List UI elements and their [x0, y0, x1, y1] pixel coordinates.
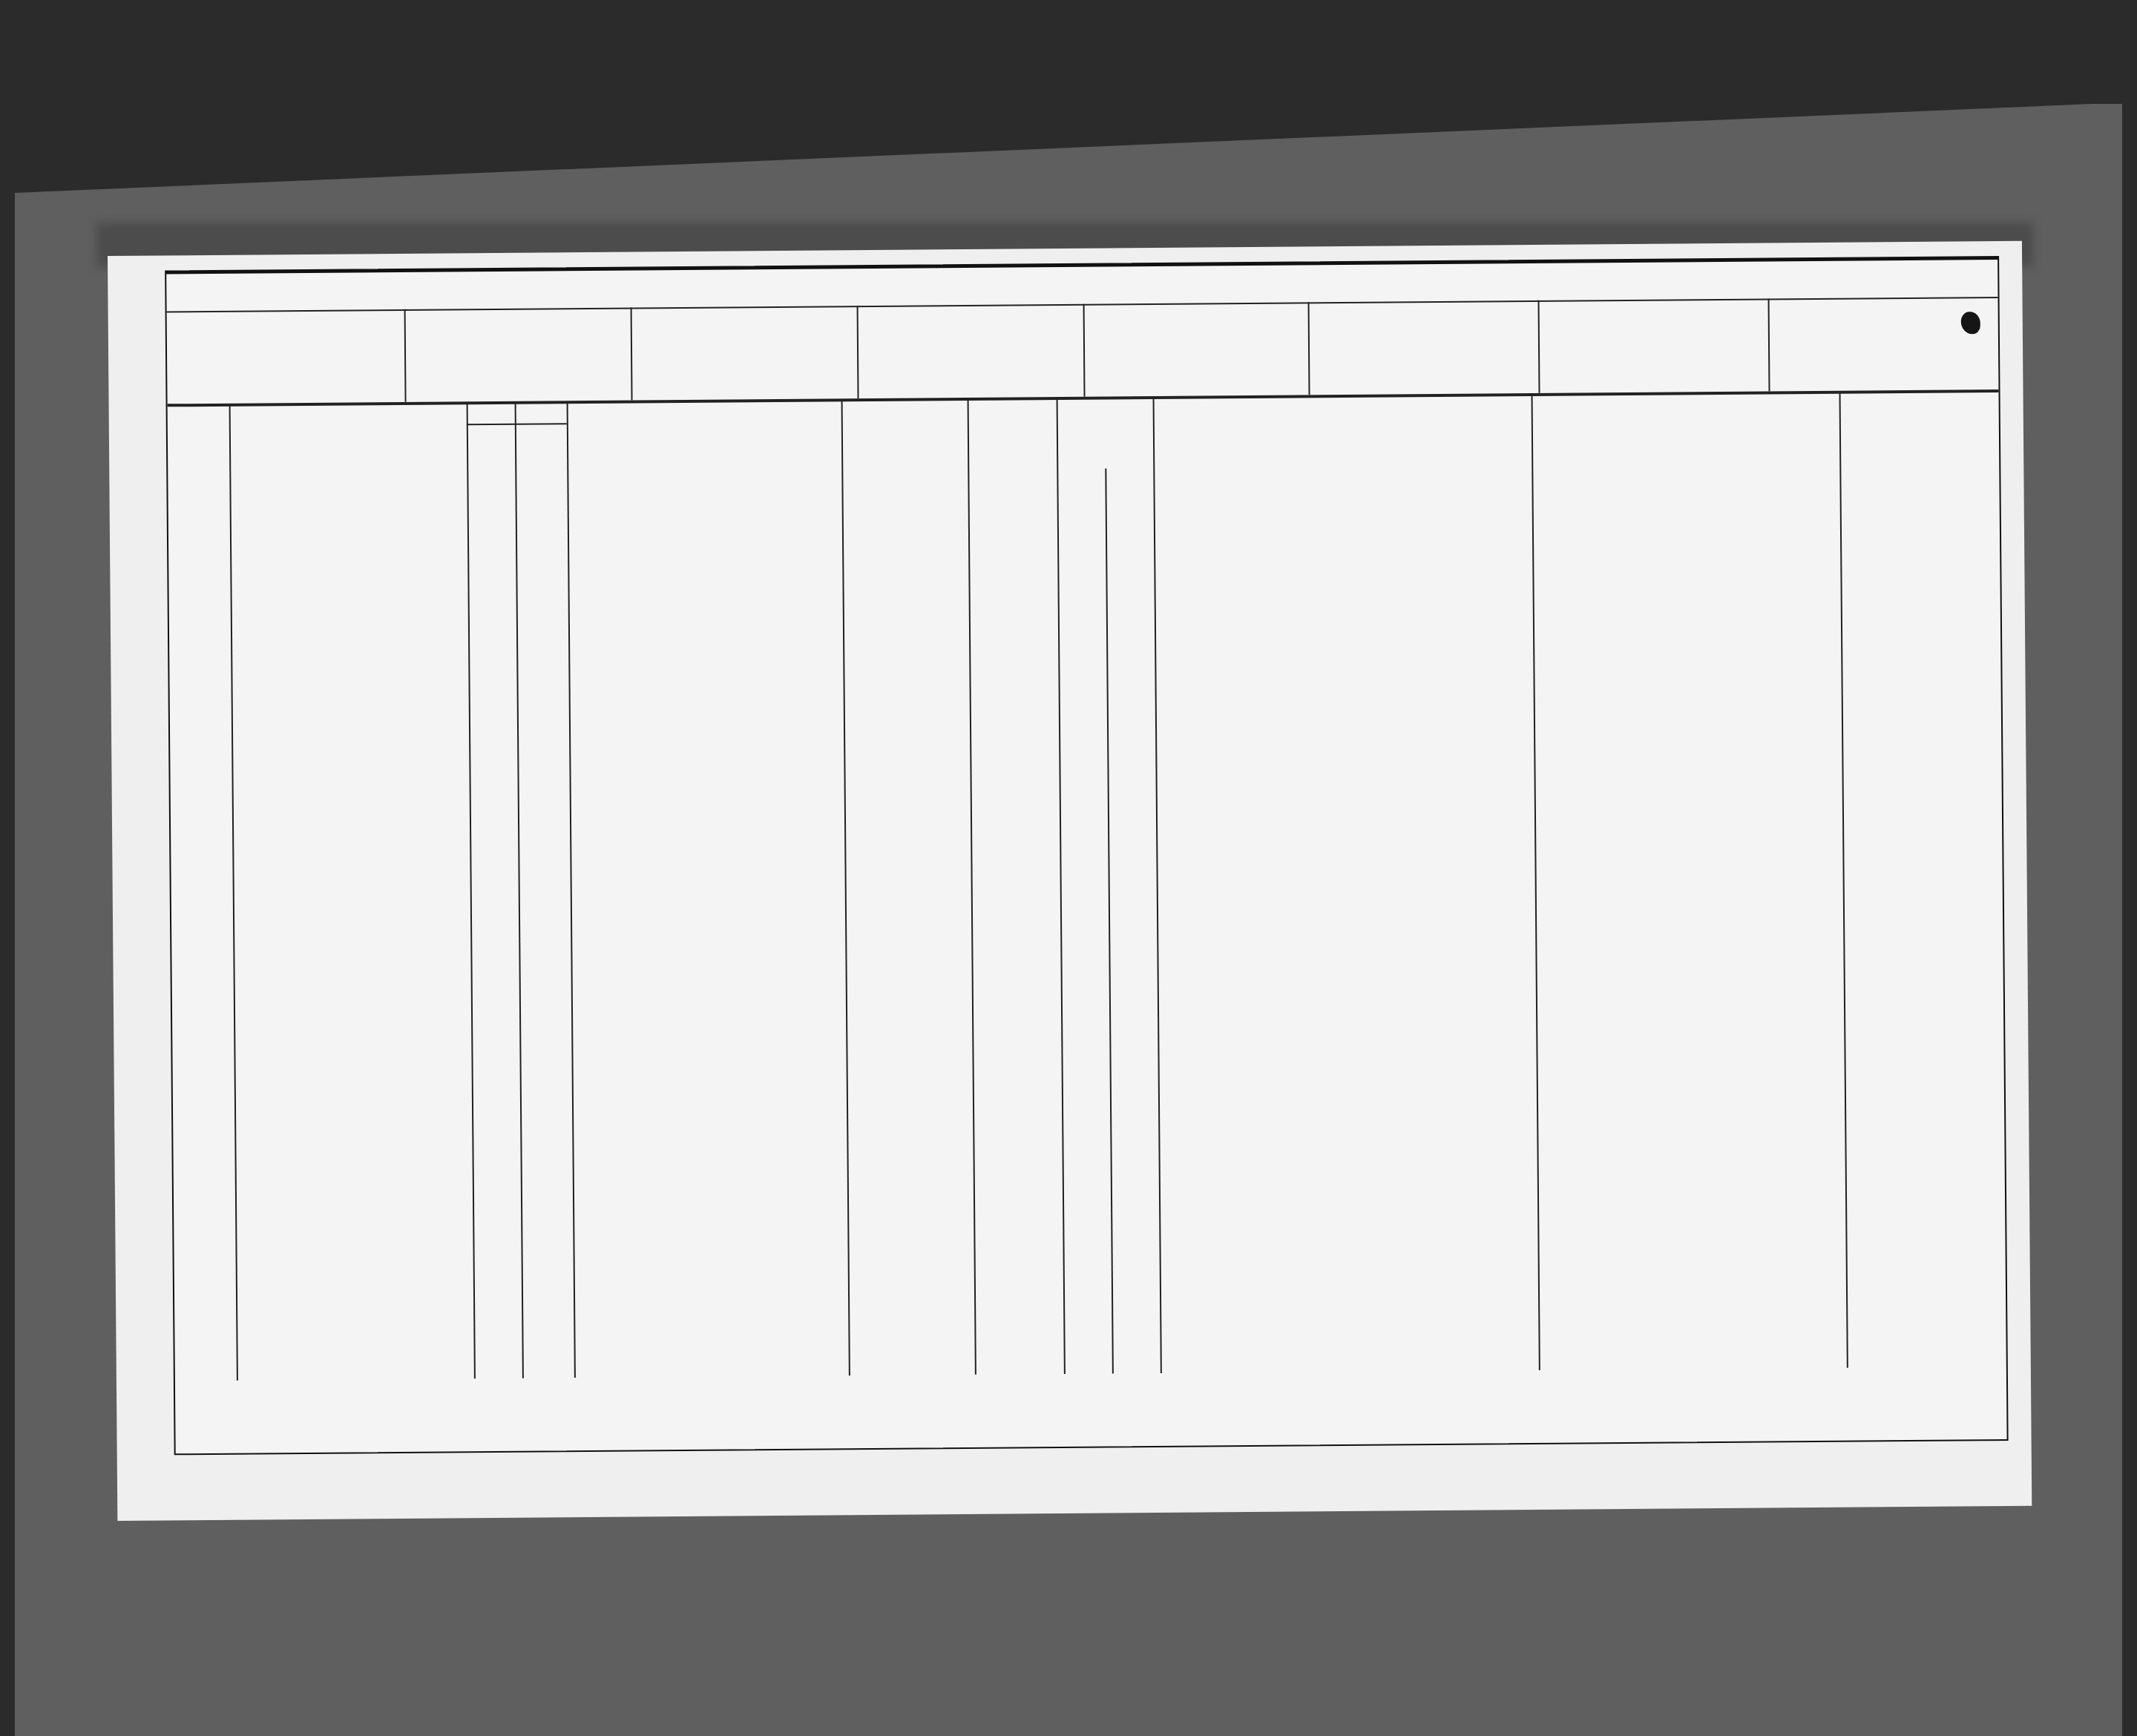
col-road — [234, 425, 463, 427]
col-uninhabited — [516, 426, 565, 427]
boundaries-row — [167, 297, 1999, 404]
divider — [968, 399, 976, 1375]
divider — [1538, 300, 1540, 393]
divider — [467, 403, 476, 1378]
ink-blot — [1961, 312, 1980, 334]
census-form — [165, 256, 2008, 1455]
col-condition — [1058, 405, 1152, 406]
civil-parish-label — [170, 318, 404, 320]
page-banner — [166, 267, 1998, 281]
divider — [1532, 395, 1540, 1370]
divider — [857, 306, 859, 398]
divider — [841, 400, 850, 1375]
divider — [631, 307, 633, 400]
urban-sanitary-label — [1316, 309, 1535, 311]
divider — [567, 402, 576, 1378]
divider — [1768, 298, 1770, 391]
divider — [229, 405, 238, 1381]
divider — [467, 423, 567, 425]
header-text — [169, 421, 229, 422]
census-page — [108, 241, 2032, 1521]
divider — [1308, 302, 1310, 395]
divider — [404, 309, 407, 402]
divider — [1839, 392, 1848, 1368]
town-village-label — [1091, 303, 1306, 321]
column-headers — [168, 391, 2000, 493]
col-schedule — [169, 421, 229, 430]
divider — [1083, 304, 1086, 397]
ecclesiastical-parish-label — [1771, 297, 1994, 314]
city-borough-label — [412, 309, 627, 311]
divider — [1105, 468, 1114, 1373]
column-grid — [168, 391, 2006, 1381]
rural-sanitary-label — [1546, 307, 1765, 309]
col-name — [572, 422, 839, 424]
municipal-ward-label — [638, 315, 853, 316]
divider — [1057, 398, 1066, 1374]
header-text — [169, 429, 229, 430]
divider — [515, 403, 524, 1378]
divider — [1153, 398, 1162, 1373]
struck-text — [412, 309, 627, 311]
col-relation — [969, 413, 1057, 414]
col-houses — [467, 404, 567, 404]
parliamentary-borough-label — [864, 313, 1080, 315]
